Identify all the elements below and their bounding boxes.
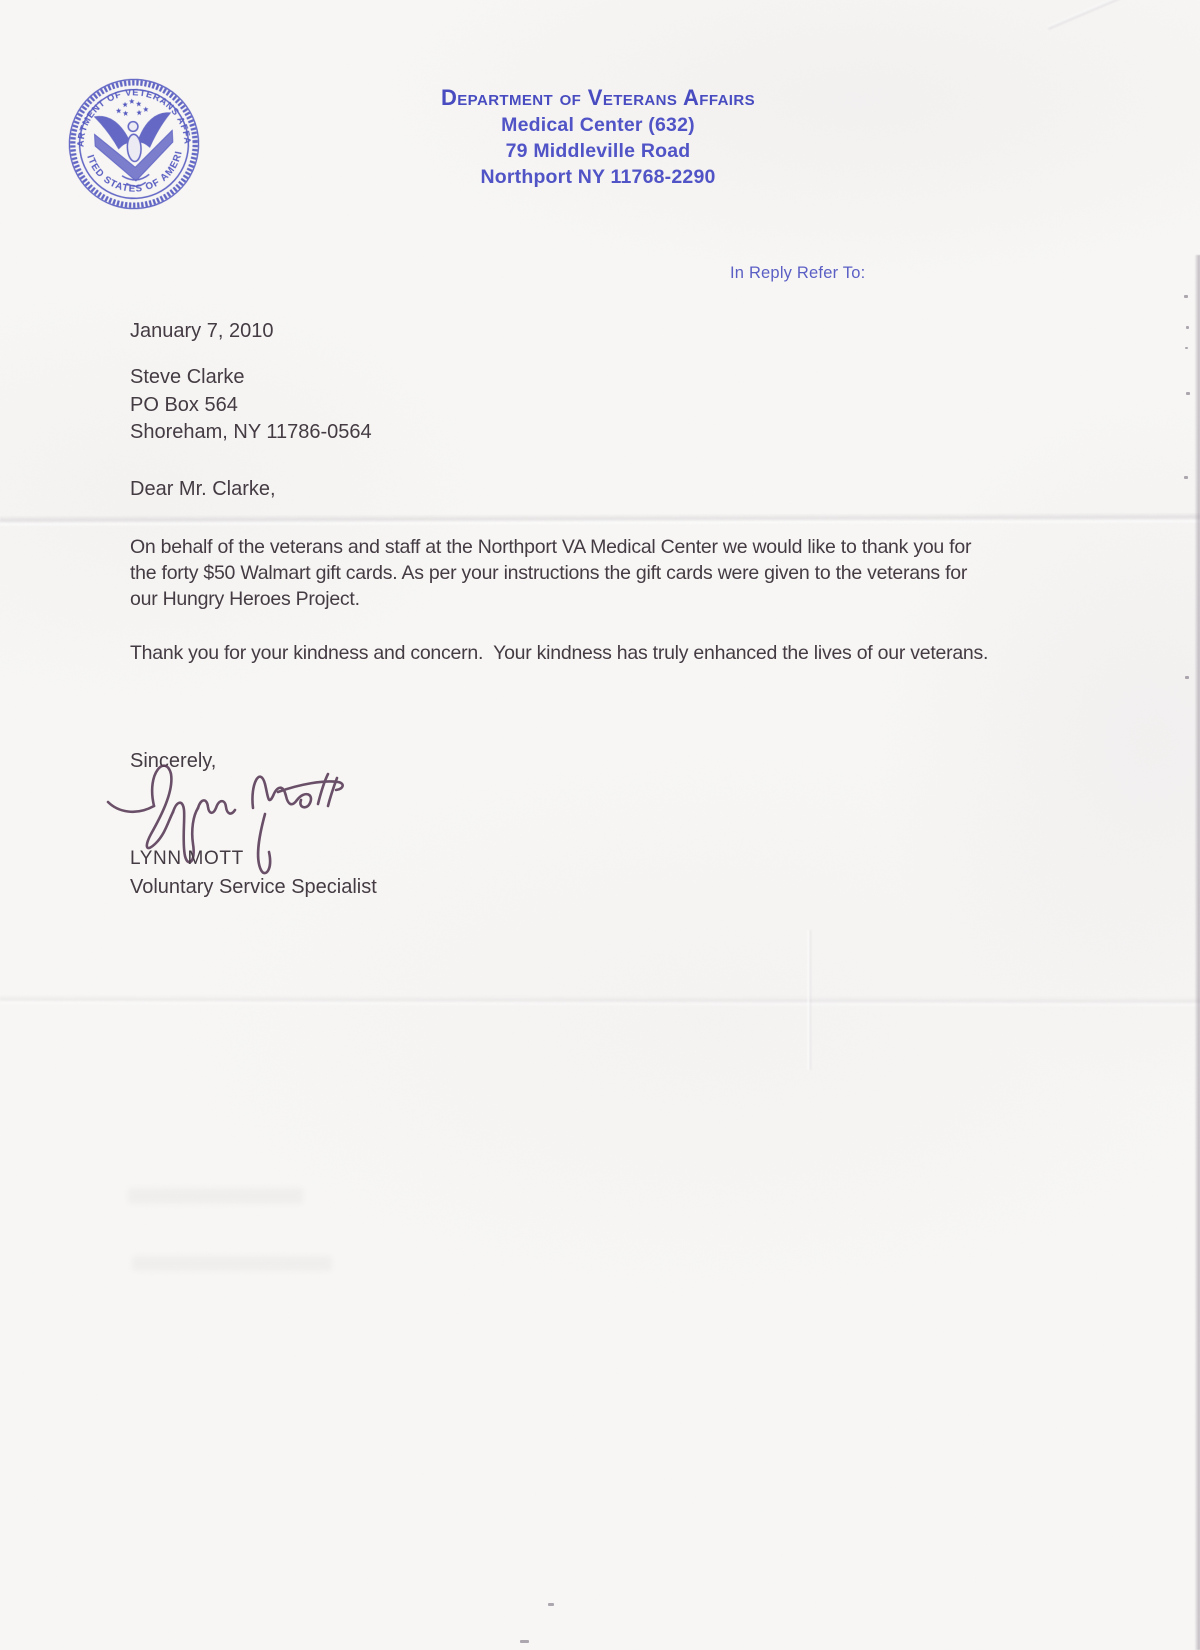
scan-speck	[1184, 476, 1188, 479]
paper-noise	[0, 0, 1200, 1650]
recipient-address-line1: PO Box 564	[130, 392, 372, 420]
recipient-address-line2: Shoreham, NY 11786-0564	[130, 419, 372, 447]
scan-edge-shadow	[1195, 255, 1200, 1650]
recipient-address-block: Steve Clarke PO Box 564 Shoreham, NY 117…	[130, 364, 372, 447]
fold-crease-upper	[0, 512, 1200, 527]
vertical-crease	[806, 930, 812, 1070]
letterhead-street: 79 Middleville Road	[318, 138, 878, 164]
valediction: Sincerely,	[130, 750, 216, 773]
signature-stroke	[252, 777, 297, 808]
paragraph-line: Thank you for your kindness and concern.…	[130, 640, 988, 666]
in-reply-refer-to-label: In Reply Refer To:	[730, 264, 865, 283]
scan-speck	[1186, 326, 1189, 329]
corner-crease	[1047, 0, 1200, 30]
signature-stroke	[147, 766, 173, 848]
scan-speck	[520, 1640, 529, 1643]
letterhead-facility: Medical Center (632)	[318, 112, 878, 138]
scan-speck	[1184, 295, 1188, 298]
signature-stroke	[198, 800, 235, 813]
scan-speck	[1186, 392, 1190, 395]
paragraph-line: the forty $50 Walmart gift cards. As per…	[130, 560, 971, 586]
signer-title: Voluntary Service Specialist	[130, 876, 377, 899]
body-paragraph-2: Thank you for your kindness and concern.…	[130, 640, 988, 666]
bleedthrough-ghost	[132, 1256, 332, 1271]
signature-stroke	[108, 802, 154, 812]
signer-name: LYNN MOTT	[130, 848, 244, 870]
salutation: Dear Mr. Clarke,	[130, 478, 276, 501]
paper-shading	[0, 0, 1200, 1650]
signature-stroke	[318, 774, 328, 804]
signature-stroke	[328, 778, 337, 806]
signature-stroke	[258, 814, 270, 873]
letter-date: January 7, 2010	[130, 320, 273, 343]
seal-stars	[115, 98, 148, 117]
body-paragraph-1: On behalf of the veterans and staff at t…	[130, 534, 971, 612]
letterhead: Department of Veterans Affairs Medical C…	[318, 84, 878, 190]
letterhead-city-state-zip: Northport NY 11768-2290	[318, 164, 878, 190]
signature-stroke	[297, 794, 311, 807]
bleedthrough-ghost	[128, 1188, 303, 1204]
paragraph-line: On behalf of the veterans and staff at t…	[130, 534, 971, 560]
va-seal-stamp: DEPARTMENT OF VETERANS AFFAIRS UNITED ST…	[63, 73, 206, 216]
scan-speck	[1185, 676, 1189, 679]
scan-speck	[548, 1603, 554, 1606]
fold-crease-lower	[0, 995, 1200, 1007]
letterhead-department: Department of Veterans Affairs	[318, 84, 878, 112]
recipient-name: Steve Clarke	[130, 364, 372, 392]
signature-stroke	[278, 781, 343, 792]
eagle-head	[128, 121, 138, 131]
paragraph-line: our Hungry Heroes Project.	[130, 586, 971, 612]
scan-speck	[1185, 347, 1188, 349]
